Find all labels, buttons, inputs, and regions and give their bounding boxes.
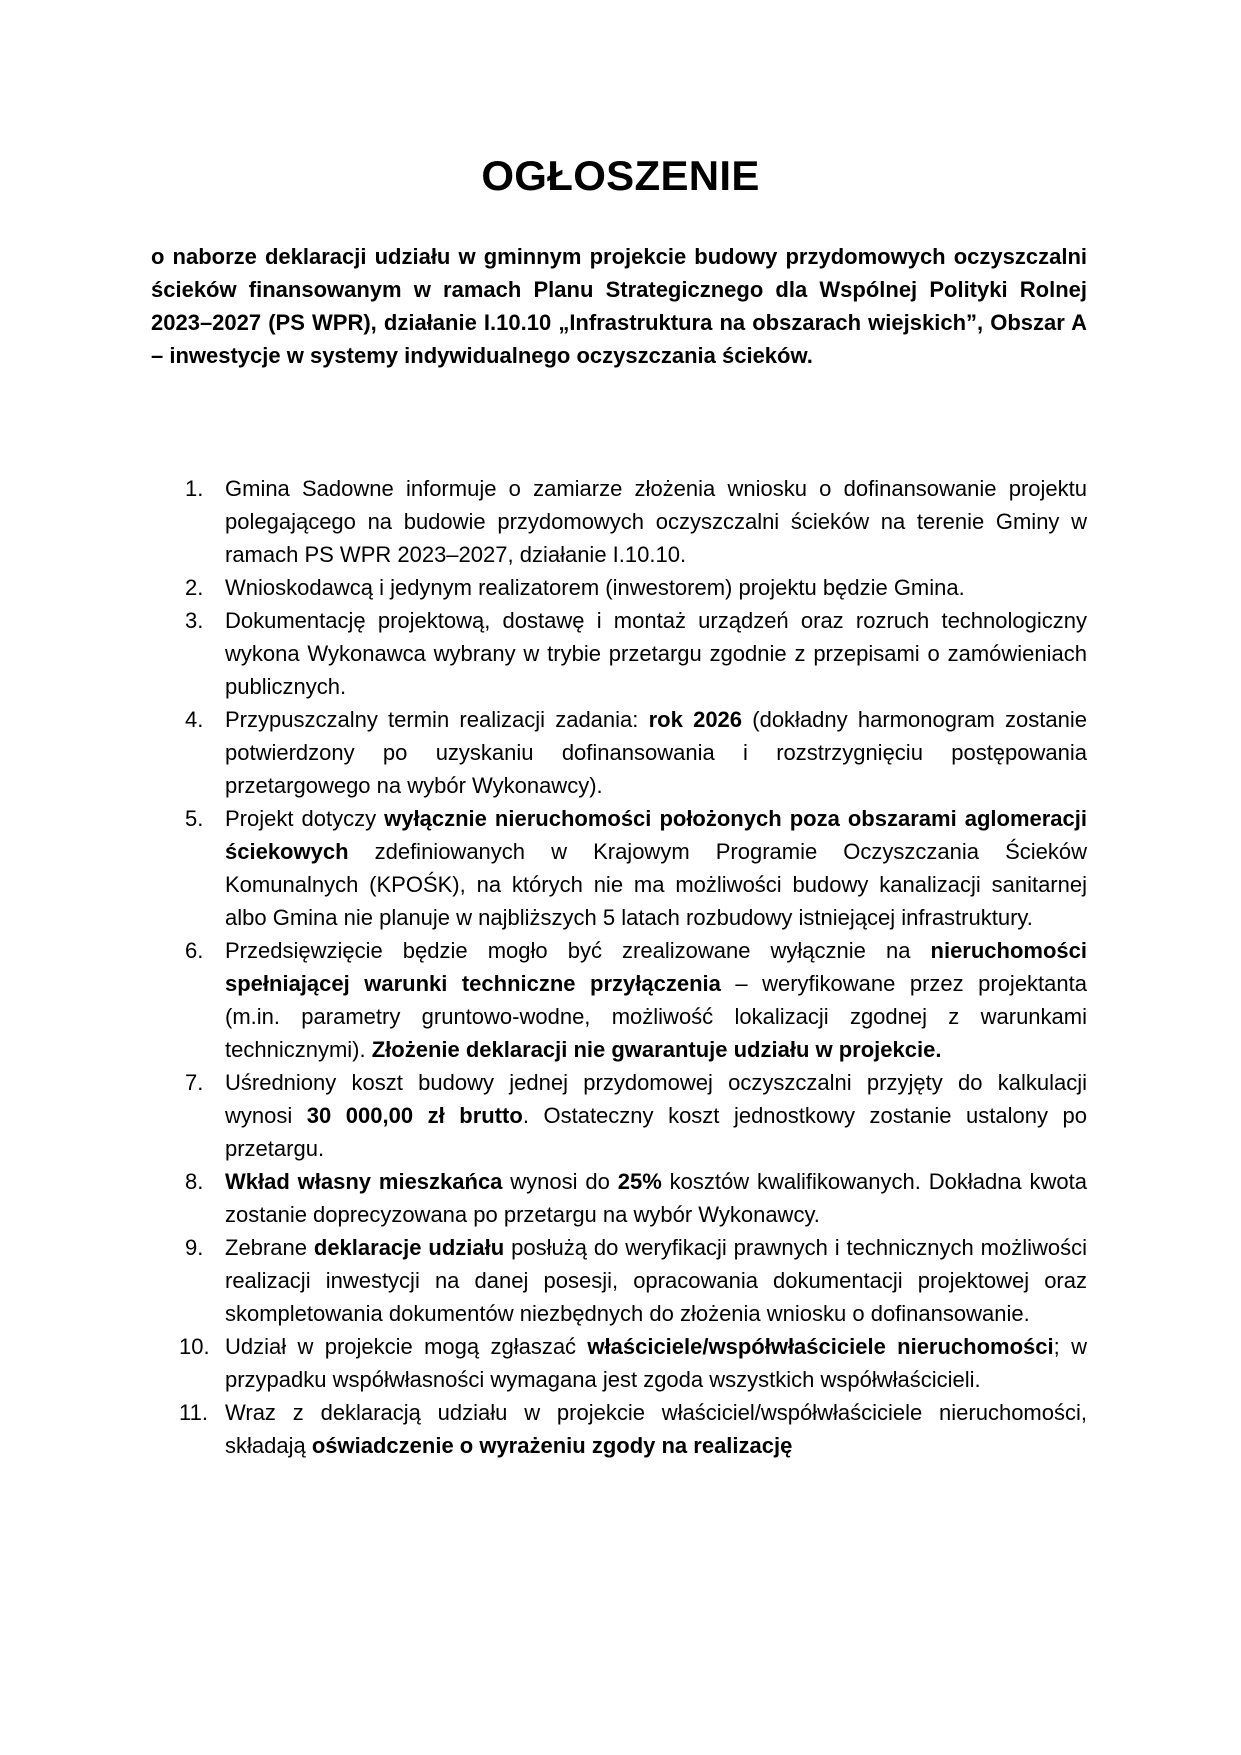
list-item: 9. Zebrane deklaracje udziału posłużą do… <box>151 1231 1087 1330</box>
item-number: 5. <box>185 802 225 835</box>
item-number: 11. <box>179 1396 219 1429</box>
item-text: Przedsięwzięcie będzie mogło być zrealiz… <box>225 938 1087 1062</box>
text: Przedsięwzięcie będzie mogło być zrealiz… <box>225 938 931 963</box>
list-item: 6. Przedsięwzięcie będzie mogło być zrea… <box>151 934 1087 1066</box>
item-text: Przypuszczalny termin realizacji zadania… <box>225 707 1087 798</box>
list-item: 10. Udział w projekcie mogą zgłaszać wła… <box>151 1330 1087 1396</box>
text: Dokumentację projektową, dostawę i monta… <box>225 608 1087 699</box>
bold-text: oświadczenie o wyrażeniu zgody na realiz… <box>312 1433 793 1458</box>
text: Zebrane <box>225 1235 314 1260</box>
list-item: 2. Wnioskodawcą i jedynym realizatorem (… <box>151 571 1087 604</box>
text: Wnioskodawcą i jedynym realizatorem (inw… <box>225 575 965 600</box>
item-text: Wkład własny mieszkańca wynosi do 25% ko… <box>225 1169 1087 1227</box>
list-item: 7. Uśredniony koszt budowy jednej przydo… <box>151 1066 1087 1165</box>
item-text: Uśredniony koszt budowy jednej przydomow… <box>225 1070 1087 1161</box>
text: wynosi do <box>502 1169 617 1194</box>
item-text: Dokumentację projektową, dostawę i monta… <box>225 608 1087 699</box>
list-item: 1. Gmina Sadowne informuje o zamiarze zł… <box>151 472 1087 571</box>
text: Udział w projekcie mogą zgłaszać <box>225 1334 587 1359</box>
bold-text: właściciele/współwłaściciele nieruchomoś… <box>587 1334 1053 1359</box>
item-text: Udział w projekcie mogą zgłaszać właścic… <box>225 1334 1087 1392</box>
item-number: 1. <box>185 472 225 505</box>
list-item: 3. Dokumentację projektową, dostawę i mo… <box>151 604 1087 703</box>
bold-text: Złożenie deklaracji nie gwarantuje udzia… <box>372 1037 942 1062</box>
announcement-list: 1. Gmina Sadowne informuje o zamiarze zł… <box>151 472 1087 1462</box>
document-subtitle: o naborze deklaracji udziału w gminnym p… <box>151 240 1087 372</box>
item-text: Zebrane deklaracje udziału posłużą do we… <box>225 1235 1087 1326</box>
item-number: 6. <box>185 934 225 967</box>
item-text: Gmina Sadowne informuje o zamiarze złoże… <box>225 476 1087 567</box>
text: Gmina Sadowne informuje o zamiarze złoże… <box>225 476 1087 567</box>
text: zdefiniowanych w Krajowym Programie Oczy… <box>225 839 1087 930</box>
list-item: 11. Wraz z deklaracją udziału w projekci… <box>151 1396 1087 1462</box>
item-text: Wnioskodawcą i jedynym realizatorem (inw… <box>225 575 965 600</box>
list-item: 5. Projekt dotyczy wyłącznie nieruchomoś… <box>151 802 1087 934</box>
item-number: 9. <box>185 1231 225 1264</box>
bold-text: deklaracje udziału <box>314 1235 504 1260</box>
list-item: 8. Wkład własny mieszkańca wynosi do 25%… <box>151 1165 1087 1231</box>
text: Przypuszczalny termin realizacji zadania… <box>225 707 649 732</box>
document-title: OGŁOSZENIE <box>0 148 1241 204</box>
bold-text: rok 2026 <box>649 707 742 732</box>
item-number: 2. <box>185 571 225 604</box>
document-page: OGŁOSZENIE o naborze deklaracji udziału … <box>0 0 1241 1755</box>
text: Projekt dotyczy <box>225 806 384 831</box>
item-number: 3. <box>185 604 225 637</box>
bold-text: 30 000,00 zł brutto <box>307 1103 523 1128</box>
item-text: Wraz z deklaracją udziału w projekcie wł… <box>225 1400 1087 1458</box>
list-item: 4. Przypuszczalny termin realizacji zada… <box>151 703 1087 802</box>
item-number: 10. <box>179 1330 219 1363</box>
item-number: 4. <box>185 703 225 736</box>
bold-text: 25% <box>618 1169 662 1194</box>
bold-text: Wkład własny mieszkańca <box>225 1169 502 1194</box>
item-text: Projekt dotyczy wyłącznie nieruchomości … <box>225 806 1087 930</box>
item-number: 8. <box>185 1165 225 1198</box>
item-number: 7. <box>185 1066 225 1099</box>
